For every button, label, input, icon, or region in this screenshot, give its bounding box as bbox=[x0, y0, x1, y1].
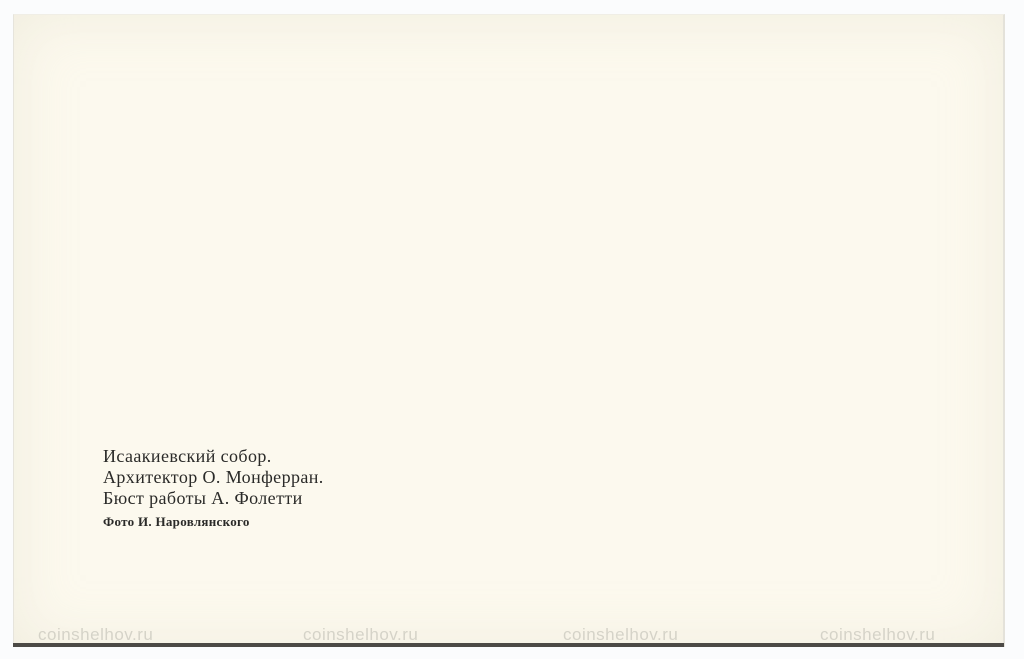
postcard-back bbox=[13, 14, 1005, 647]
caption-title: Исаакиевский собор. bbox=[103, 446, 324, 467]
watermark-text: coinshelhov.ru bbox=[563, 625, 678, 645]
postcard-caption: Исаакиевский собор. Архитектор О. Монфер… bbox=[103, 446, 324, 532]
watermark-strip: coinshelhov.ru coinshelhov.ru coinshelho… bbox=[0, 625, 1024, 647]
caption-architect: Архитектор О. Монферран. bbox=[103, 467, 324, 488]
caption-photo-credit: Фото И. Наровлянского bbox=[103, 512, 324, 532]
watermark-text: coinshelhov.ru bbox=[820, 625, 935, 645]
watermark-text: coinshelhov.ru bbox=[38, 625, 153, 645]
caption-bust: Бюст работы А. Фолетти bbox=[103, 488, 324, 509]
watermark-text: coinshelhov.ru bbox=[303, 625, 418, 645]
